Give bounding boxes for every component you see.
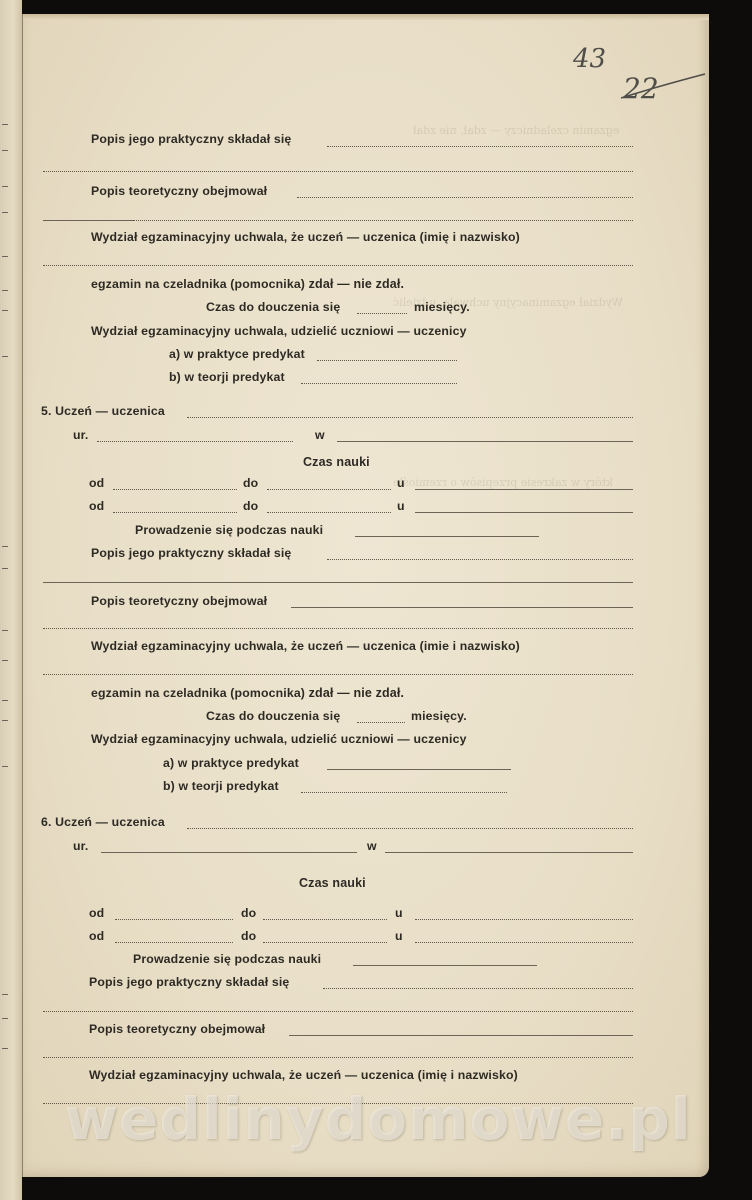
section-6-theory-exam-field-line2[interactable]: [43, 1057, 633, 1058]
exam-result-prefix: egzamin na czeladnika (pomocnika): [91, 277, 305, 291]
section-6-from-field-1[interactable]: [115, 919, 233, 920]
section-6-practical-exam-field[interactable]: [323, 988, 633, 989]
section-5-at-label-2: u: [397, 499, 405, 513]
theory-exam-field-line2[interactable]: [133, 220, 633, 221]
apprentice-name-field[interactable]: [43, 265, 633, 266]
section-5-employer-field-1[interactable]: [415, 489, 633, 490]
section-5-exam-result: egzamin na czeladnika (pomocnika) zdał —…: [91, 686, 404, 700]
section-6-apprentice-label: 6. Uczeń — uczenica: [41, 815, 165, 829]
section-6-to-field-1[interactable]: [263, 919, 387, 920]
section-5-theory-exam-label: Popis teoretyczny obejmował: [91, 594, 267, 608]
section-5-employer-field-2[interactable]: [415, 512, 633, 513]
section-5-from-field-2[interactable]: [113, 512, 237, 513]
section-5-birthdate-field[interactable]: [97, 441, 293, 442]
section-5-in-label: w: [315, 428, 325, 442]
section-5-apprentice-name-field[interactable]: [43, 674, 633, 675]
grade-practical-label: a) w praktyce predykat: [169, 347, 305, 361]
bleed-through-text: który w zakresie przepisów o rzemiośle: [393, 476, 613, 489]
section-5-study-time-field[interactable]: [357, 722, 405, 723]
section-5-study-time-label: Czas do douczenia się: [206, 709, 340, 723]
section-6-from-field-2[interactable]: [115, 942, 233, 943]
exam-result: egzamin na czeladnika (pomocnika) zdał —…: [91, 277, 404, 291]
page-number-handwritten: 43: [573, 44, 606, 74]
section-5-study-period-heading: Czas nauki: [303, 455, 370, 469]
section-5-grade-practical-field[interactable]: [327, 769, 511, 770]
section-6-to-label-2: do: [241, 929, 256, 943]
section-5-conduct-label: Prowadzenie się podczas nauki: [135, 523, 323, 537]
section-6-from-label-1: od: [89, 906, 104, 920]
page-top-edge: [23, 14, 709, 20]
theory-exam-field[interactable]: [297, 197, 633, 198]
section-6-to-label-1: do: [241, 906, 256, 920]
section-5-to-label-1: do: [243, 476, 258, 490]
section-6-conduct-field[interactable]: [353, 965, 537, 966]
section-5-conduct-field[interactable]: [355, 536, 539, 537]
section-5-apprentice-field[interactable]: [187, 417, 633, 418]
section-6-theory-exam-field[interactable]: [289, 1035, 633, 1036]
section-6-apprentice-field[interactable]: [187, 828, 633, 829]
section-6-employer-field-2[interactable]: [415, 942, 633, 943]
section-5-from-field-1[interactable]: [113, 489, 237, 490]
committee-resolution-label: Wydział egzaminacyjny uchwala, że uczeń …: [91, 230, 520, 244]
exam-result-options[interactable]: zdał — nie zdał.: [309, 686, 404, 700]
section-5-from-label-1: od: [89, 476, 104, 490]
section-5-practical-exam-field[interactable]: [327, 559, 633, 560]
section-5-theory-exam-field-line2[interactable]: [43, 628, 633, 629]
theory-exam-label: Popis teoretyczny obejmował: [91, 184, 267, 198]
section-5-practical-exam-field-line2[interactable]: [43, 582, 633, 583]
section-6-study-period-heading: Czas nauki: [299, 876, 366, 890]
form-page: egzamin czeladniczy — zdał, nie zdał Wyd…: [22, 14, 709, 1177]
grade-resolution-label: Wydział egzaminacyjny uchwala, udzielić …: [91, 324, 467, 338]
section-5-to-field-2[interactable]: [267, 512, 391, 513]
section-5-birthplace-field[interactable]: [337, 441, 633, 442]
section-5-practical-exam-label: Popis jego praktyczny składał się: [91, 546, 291, 560]
section-5-grade-theory-label: b) w teorji predykat: [163, 779, 279, 793]
grade-practical-field[interactable]: [317, 360, 457, 361]
section-5-grade-resolution-label: Wydział egzaminacyjny uchwala, udzielić …: [91, 732, 467, 746]
grade-theory-field[interactable]: [301, 383, 457, 384]
exam-result-options[interactable]: zdał — nie zdał.: [309, 277, 404, 291]
section-6-born-label: ur.: [73, 839, 89, 853]
section-5-grade-practical-label: a) w praktyce predykat: [163, 756, 299, 770]
section-5-committee-resolution-label: Wydział egzaminacyjny uchwala, że uczeń …: [91, 639, 520, 653]
study-time-unit: miesięcy.: [414, 300, 470, 314]
section-5-to-label-2: do: [243, 499, 258, 513]
section-5-to-field-1[interactable]: [267, 489, 391, 490]
practical-exam-label: Popis jego praktyczny składał się: [91, 132, 291, 146]
grade-theory-label: b) w teorji predykat: [169, 370, 285, 384]
section-6-at-label-2: u: [395, 929, 403, 943]
section-6-theory-exam-label: Popis teoretyczny obejmował: [89, 1022, 265, 1036]
section-5-apprentice-label: 5. Uczeń — uczenica: [41, 404, 165, 418]
practical-exam-field-line2[interactable]: [43, 171, 633, 172]
binding-edge: [0, 0, 22, 1200]
section-5-theory-exam-field[interactable]: [291, 607, 633, 608]
section-6-practical-exam-label: Popis jego praktyczny składał się: [89, 975, 289, 989]
study-time-label: Czas do douczenia się: [206, 300, 340, 314]
study-time-field[interactable]: [357, 313, 407, 314]
section-5-from-label-2: od: [89, 499, 104, 513]
section-6-committee-resolution-label: Wydział egzaminacyjny uchwala, że uczeń …: [89, 1068, 518, 1082]
exam-result-prefix: egzamin na czeladnika (pomocnika): [91, 686, 305, 700]
section-6-from-label-2: od: [89, 929, 104, 943]
section-6-employer-field-1[interactable]: [415, 919, 633, 920]
section-6-conduct-label: Prowadzenie się podczas nauki: [133, 952, 321, 966]
theory-exam-field-line2a[interactable]: [43, 220, 133, 221]
section-6-to-field-2[interactable]: [263, 942, 387, 943]
watermark: wedlinydomowe.pl: [58, 1085, 698, 1153]
section-6-practical-exam-field-line2[interactable]: [43, 1011, 633, 1012]
section-5-study-time-unit: miesięcy.: [411, 709, 467, 723]
section-5-at-label-1: u: [397, 476, 405, 490]
section-5-grade-theory-field[interactable]: [301, 792, 507, 793]
section-6-in-label: w: [367, 839, 377, 853]
strikethrough-stroke: [619, 72, 709, 102]
practical-exam-field[interactable]: [327, 146, 633, 147]
section-6-at-label-1: u: [395, 906, 403, 920]
section-6-birthplace-field[interactable]: [385, 852, 633, 853]
section-6-birthdate-field[interactable]: [101, 852, 357, 853]
section-5-born-label: ur.: [73, 428, 89, 442]
bleed-through-text: egzamin czeladniczy — zdał, nie zdał: [413, 124, 619, 137]
